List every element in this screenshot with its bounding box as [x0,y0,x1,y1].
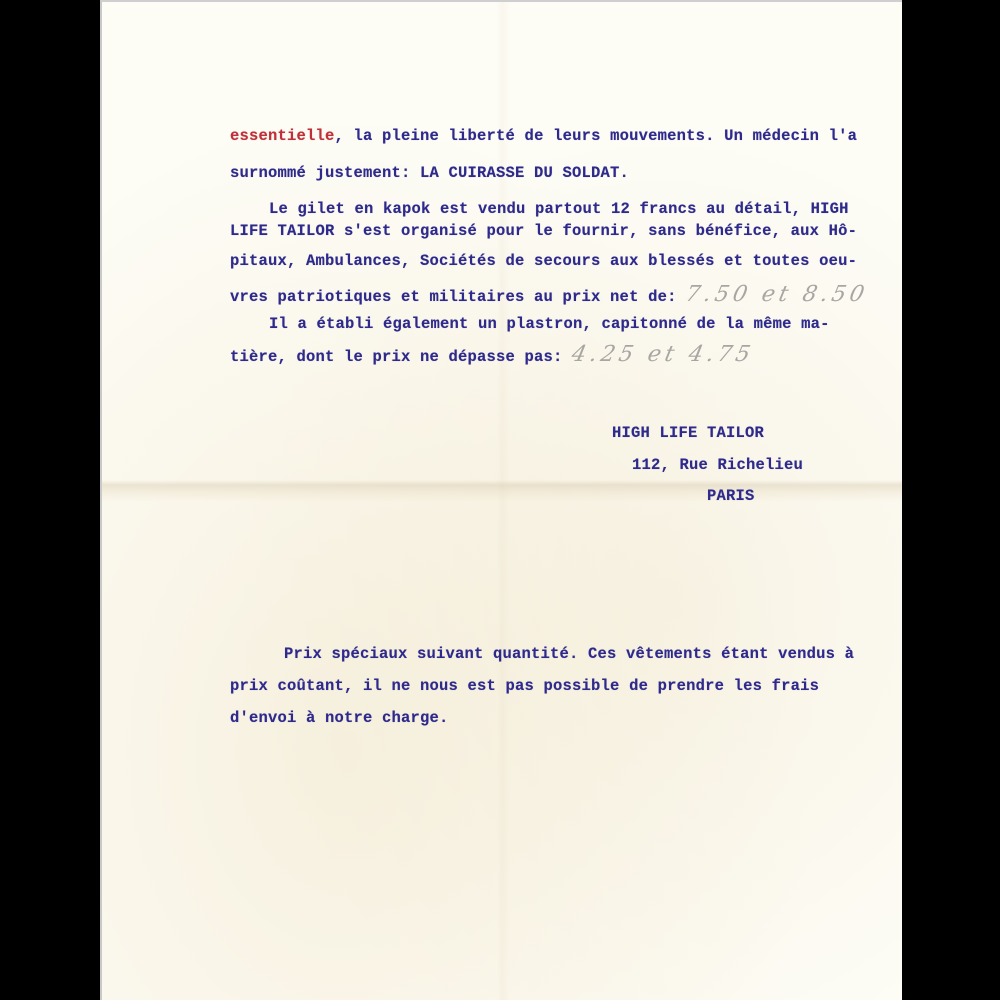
paragraph-2-line-3: pitaux, Ambulances, Sociétés de secours … [230,252,857,270]
signature-address: 112, Rue Richelieu [632,456,803,474]
signature-city: PARIS [707,487,755,505]
footer-note-line-3: d'envoi à notre charge. [230,709,449,727]
footer-note-line-2: prix coûtant, il ne nous est pas possibl… [230,677,819,695]
paragraph-2-line-4: vres patriotiques et militaires au prix … [230,282,868,307]
handwritten-price-gilet: 7.50 et 8.50 [683,282,870,307]
footer-note-line-1: Prix spéciaux suivant quantité. Ces vête… [284,645,854,663]
paragraph-2-line-1: Le gilet en kapok est vendu partout 12 f… [269,200,849,218]
handwritten-price-plastron: 4.25 et 4.75 [569,342,756,367]
signature-company: HIGH LIFE TAILOR [612,424,764,442]
paragraph-3-line-2: tière, dont le prix ne dépasse pas: 4.25… [230,342,754,367]
paragraph-1-line-1: essentielle, la pleine liberté de leurs … [230,127,857,145]
letter-page: essentielle, la pleine liberté de leurs … [100,0,902,1000]
paragraph-2-line-2: LIFE TAILOR s'est organisé pour le fourn… [230,222,857,240]
paragraph-1-line-2: surnommé justement: LA CUIRASSE DU SOLDA… [230,164,629,182]
paragraph-3-line-1: Il a établi également un plastron, capit… [269,315,830,333]
red-typed-word: essentielle [230,127,335,145]
